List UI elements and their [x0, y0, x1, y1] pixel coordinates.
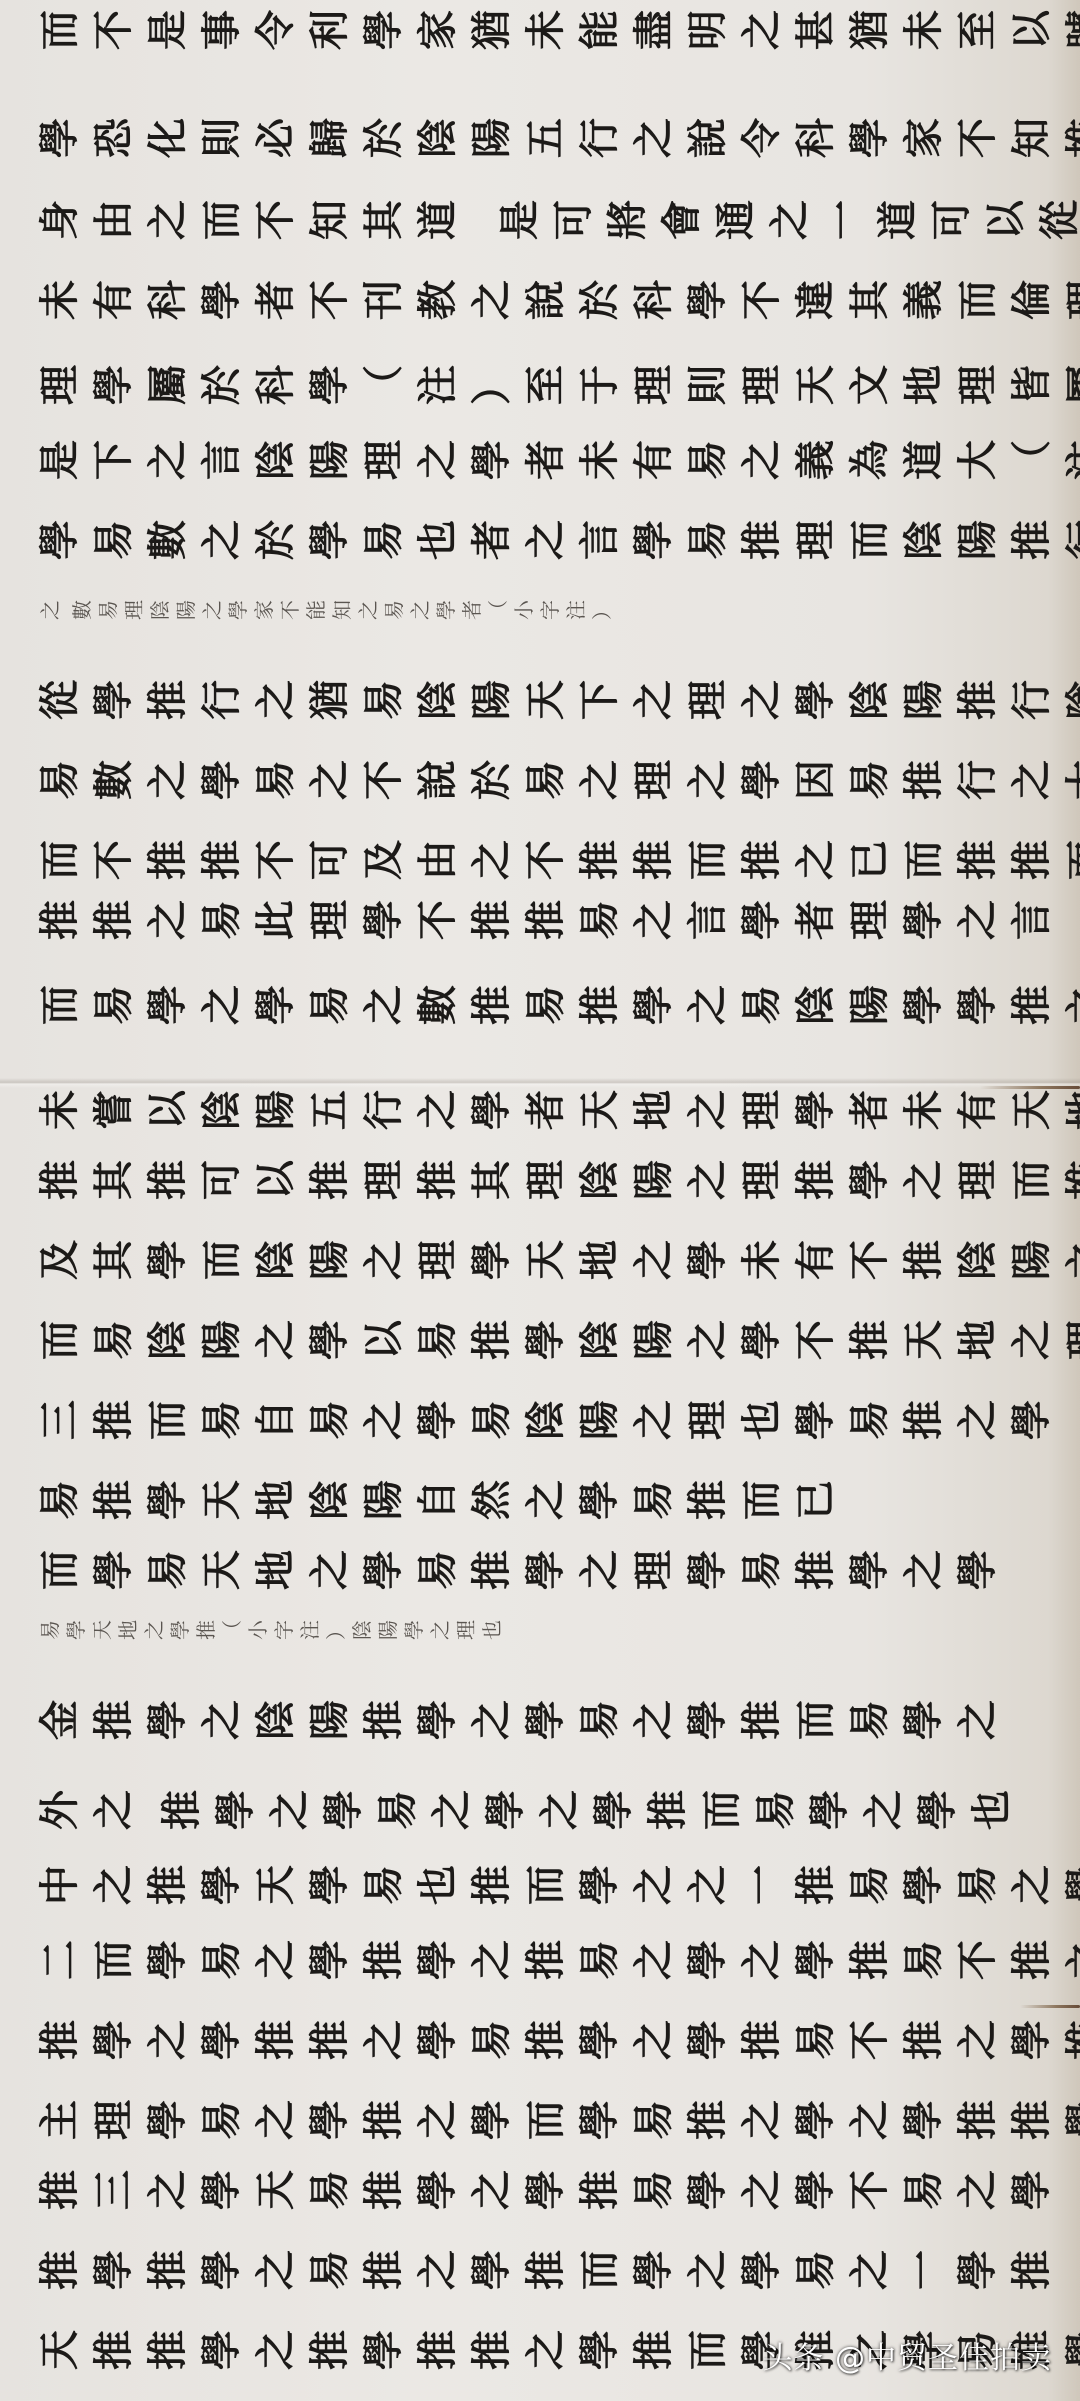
manuscript-line: 外之 推學之學易之學之學推而易學之學也	[40, 1790, 1060, 1830]
manuscript-line: 而學易天地之學易推學之理學易推學之學	[40, 1550, 1060, 1590]
watermark: 头条 @中贸圣佳拍卖	[762, 2333, 1052, 2377]
manuscript-line: 理學屬於科學（注）至于理則理天文地理皆屬於易教也	[40, 365, 1060, 405]
manuscript-line: 及其學而陰陽之理學天地之學未有不推陰陽之學也	[40, 1240, 1060, 1280]
manuscript-line: 而易陰陽之學以易推學陰陽之學不推天地之理	[40, 1320, 1060, 1360]
manuscript-line: 中之推學天學易也推而學之之一推易學易之學而不推	[40, 1865, 1060, 1905]
manuscript-line: 推學推學之易推之學推而學之學易之一學推	[40, 2250, 1060, 2290]
manuscript-line: 金推學之陰陽推學之學易之學推而易學之	[40, 1700, 1060, 1740]
fold-crease	[0, 1078, 1080, 1088]
manuscript-line: 學易數之於學易也者之言學易推理而陰陽推行之說立易易數之	[40, 520, 1060, 560]
manuscript-line: 三推而易自易之學易陰陽之理也學易推之學	[40, 1400, 1060, 1440]
fold-stain	[980, 1086, 1080, 1089]
manuscript-line: 之 數易理陰陽之學家不能知之易之學者（小字注）	[40, 600, 1060, 620]
manuscript-line: 推學之學推推之學易推學之學推易不推之學推	[40, 2020, 1060, 2060]
manuscript-line: 身由之而不知其道 是可將會通之一道可以從其道而明其學	[40, 200, 1060, 240]
manuscript-page: 而不是事令利學家猶未能盡明之甚猶未至以號於世史證得科學恐化則必歸於陰陽五行之說令…	[0, 0, 1080, 2401]
manuscript-line: 而易學之學易之數推易推學之易陰陽學學推之	[40, 985, 1060, 1025]
manuscript-line: 推其推可以推理推其理陰陽之理推學之理而推推之易	[40, 1160, 1060, 1200]
manuscript-line: 易數之學易之不說於易之理之學因易推行之大學之易陰陽之學	[40, 760, 1060, 800]
manuscript-line: 二而學易之學推學之推易之學之學推易不推之學	[40, 1940, 1060, 1980]
manuscript-line: 從學推行之猶易陰陽天下之理之學陰陽推行陰陽之學	[40, 680, 1060, 720]
manuscript-line: 而不推推不可及由之不推推而推之已而推推而推之	[40, 840, 1060, 880]
manuscript-line: 易學天地之學推（小字注）陰陽學之理也	[40, 1620, 1060, 1640]
manuscript-line: 主理學易之學推之學而學易推之學之學推推學	[40, 2100, 1060, 2140]
edge-stain	[1020, 2005, 1080, 2008]
manuscript-line: 是下之言陰陽理之學者未有易之義為道大（注）之	[40, 440, 1060, 480]
manuscript-line: 學恐化則必歸於陰陽五行之說令科學家不知推究陰陽五行之理	[40, 118, 1060, 158]
manuscript-line: 推三之學天易推學之學推易學之學不易之學	[40, 2170, 1060, 2210]
manuscript-line: 而不是事令利學家猶未能盡明之甚猶未至以號於世史證得科	[40, 10, 1060, 50]
manuscript-line: 未有科學者不刊教之說於科學不違其義而倫理學屬於理教之	[40, 280, 1060, 320]
manuscript-line: 未嘗以陰陽五行之學者天地之理學者未有天地自然之理	[40, 1090, 1060, 1130]
manuscript-line: 易推學天地陰陽自然之學易推而已	[40, 1480, 1060, 1520]
manuscript-line: 推推之易此理學不推推易之言學者理學之言	[40, 900, 1060, 940]
